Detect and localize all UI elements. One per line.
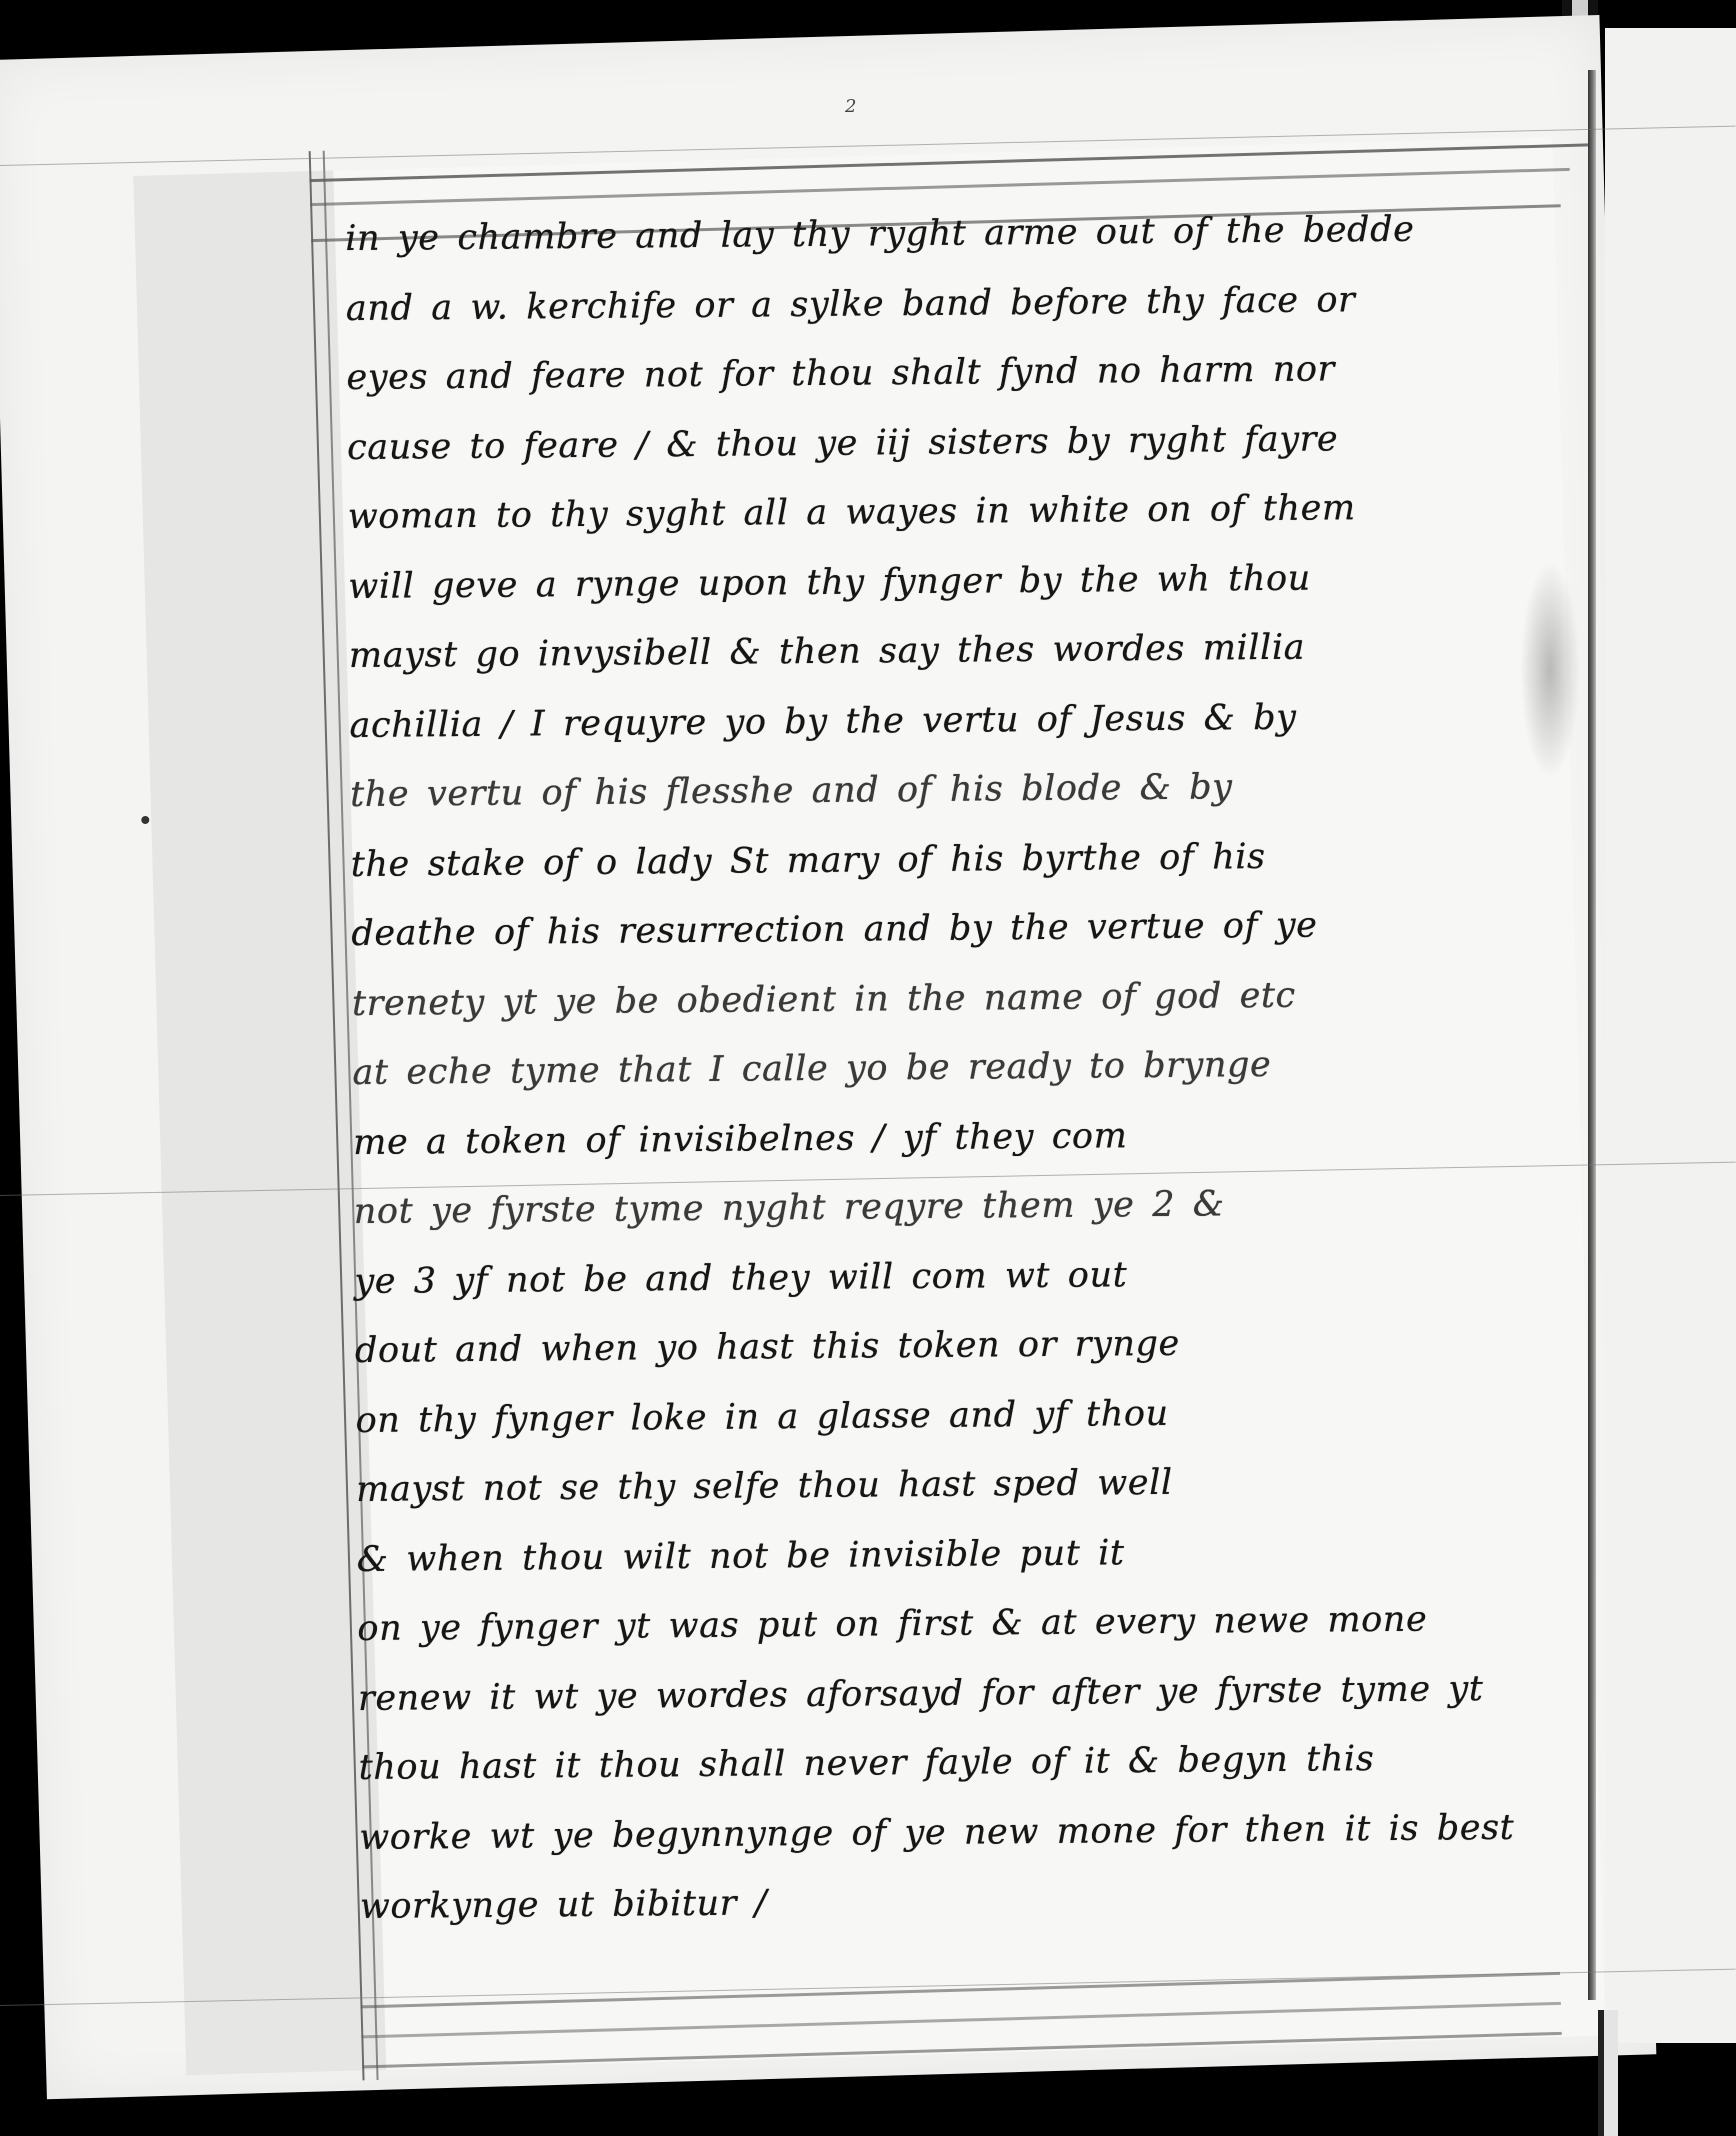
manuscript-scan: 2 in ye chambre and lay thy ryght arme o… [0,0,1736,2136]
manuscript-line: on thy fynger loke in a glasse and yf th… [355,1375,1616,1455]
manuscript-line: renew it wt ye wordes aforsayd for after… [358,1653,1619,1733]
margin-ink-spot [141,816,149,824]
manuscript-line: achillia / I requyre yo by the vertu of … [349,680,1610,760]
manuscript-line: not ye fyrste tyme nyght reqyre them ye … [353,1167,1614,1247]
manuscript-line: in ye chambre and lay thy ryght arme out… [345,194,1606,274]
manuscript-line: the stake of o lady St mary of his byrth… [350,819,1611,899]
manuscript-line: workynge ut bibitur / [360,1862,1621,1942]
manuscript-line: and a w. kerchife or a sylke band before… [346,264,1607,344]
manuscript-line: mayst go invysibell & then say thes word… [349,611,1610,691]
manuscript-line: cause to feare / & thou ye iij sisters b… [347,402,1608,482]
manuscript-line: the vertu of his flesshe and of his blod… [350,750,1611,830]
manuscript-line: woman to thy syght all a wayes in white … [347,472,1608,552]
manuscript-line: dout and when yo hast this token or ryng… [355,1306,1616,1386]
folio-mark: 2 [845,96,856,117]
manuscript-line: mayst not se thy selfe thou hast sped we… [356,1445,1617,1525]
scanner-clamp-bottom [1598,2010,1618,2136]
manuscript-line: at eche tyme that I calle yo be ready to… [352,1028,1613,1108]
manuscript-line: me a token of invisibelnes / yf they com [353,1097,1614,1177]
handwritten-text-block: in ye chambre and lay thy ryght arme out… [345,194,1620,1942]
manuscript-line: trenety yt ye be obedient in the name of… [352,958,1613,1038]
manuscript-line: will geve a rynge upon thy fynger by the… [348,541,1609,621]
manuscript-line: thou hast it thou shall never fayle of i… [358,1723,1619,1803]
manuscript-line: ye 3 yf not be and they will com wt out [354,1236,1615,1316]
manuscript-line: & when thou wilt not be invisible put it [357,1514,1618,1594]
manuscript-line: on ye fynger yt was put on first & at ev… [357,1584,1618,1664]
manuscript-line: eyes and feare not for thou shalt fynd n… [346,333,1607,413]
facing-page-edge [1605,28,1736,2043]
manuscript-line: worke wt ye begynnynge of ye new mone fo… [359,1792,1620,1872]
manuscript-line: deathe of his resurrection and by the ve… [351,889,1612,969]
